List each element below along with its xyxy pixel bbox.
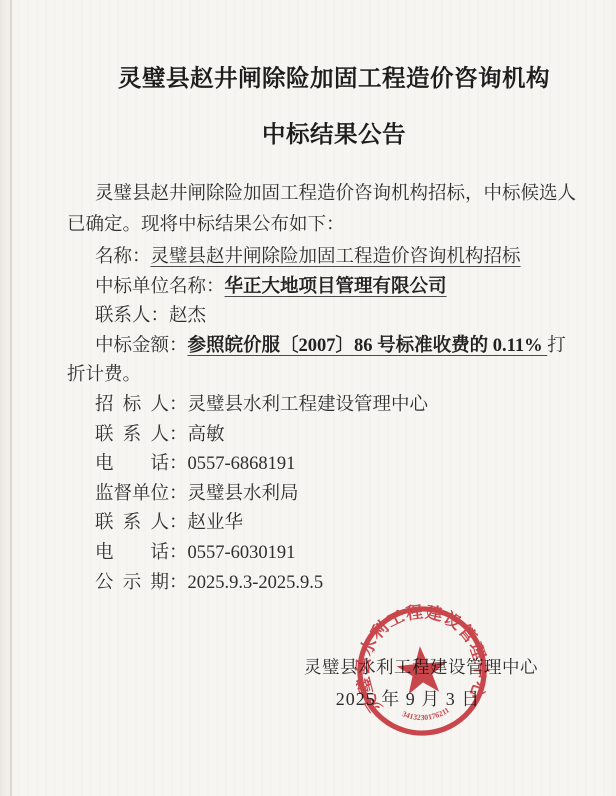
field-label: 监督单位：	[95, 484, 188, 504]
field-label: 电 话：	[95, 454, 188, 474]
intro-line-1: 灵璧县赵井闸除险加固工程造价咨询机构招标，中标候选人	[67, 179, 573, 210]
field-bid-amount-wrap: 折计费。	[67, 361, 573, 391]
field-winner: 中标单位名称：华正大地项目管理有限公司	[67, 273, 573, 303]
field-supervisor: 监督单位：灵璧县水利局	[67, 480, 573, 510]
official-seal-stamp: 灵璧县水利工程建设管理中心 3413230176211	[343, 592, 501, 750]
field-supervisor-contact: 联 系 人：赵业华	[67, 509, 573, 539]
field-label: 联系人：	[95, 306, 169, 326]
field-tenderer: 招 标 人：灵璧县水利工程建设管理中心	[67, 391, 573, 421]
page-title-line-1: 灵璧县赵井闸除险加固工程造价咨询机构	[81, 62, 587, 96]
field-label: 联 系 人：	[95, 513, 188, 533]
field-supervisor-phone: 电 话：0557-6030191	[67, 539, 573, 569]
seal-star-icon	[395, 644, 449, 695]
field-label: 电 话：	[95, 543, 188, 563]
page-title-line-2: 中标结果公告	[81, 118, 587, 152]
field-value: 华正大地项目管理有限公司	[225, 277, 447, 297]
field-project-name: 名称：灵璧县赵井闸除险加固工程造价咨询机构招标	[67, 243, 573, 273]
document-page: 灵璧县赵井闸除险加固工程造价咨询机构 中标结果公告 灵璧县赵井闸除险加固工程造价…	[0, 0, 616, 796]
field-label: 公 示 期：	[95, 573, 188, 593]
detail-fields: 名称：灵璧县赵井闸除险加固工程造价咨询机构招标 中标单位名称：华正大地项目管理有…	[67, 243, 573, 598]
field-label: 联 系 人：	[95, 425, 188, 445]
field-value: 折计费。	[67, 365, 141, 385]
field-tenderer-phone: 电 话：0557-6868191	[67, 450, 573, 480]
field-label: 中标金额：	[95, 336, 188, 356]
intro-line-2: 已确定。现将中标结果公布如下：	[67, 210, 573, 241]
field-label: 招 标 人：	[95, 395, 188, 415]
field-value: 参照皖价服〔2007〕86 号标准收费的 0.11%	[188, 336, 548, 356]
field-tenderer-contact: 联 系 人：高敏	[67, 421, 573, 451]
field-value: 赵杰	[169, 306, 206, 326]
field-winner-contact: 联系人：赵杰	[67, 302, 573, 332]
field-value: 灵璧县赵井闸除险加固工程造价咨询机构招标	[151, 247, 521, 267]
field-value: 灵璧县水利工程建设管理中心	[188, 395, 429, 415]
scan-edge-line	[10, 0, 12, 796]
field-publicity-period: 公 示 期：2025.9.3-2025.9.5	[67, 569, 573, 599]
seal-code-text: 3413230176211	[400, 705, 451, 724]
field-value: 2025.9.3-2025.9.5	[188, 573, 324, 593]
field-label: 名称：	[95, 247, 151, 267]
field-value: 0557-6030191	[188, 543, 296, 563]
document-content: 灵璧县赵井闸除险加固工程造价咨询机构 中标结果公告 灵璧县赵井闸除险加固工程造价…	[67, 0, 573, 598]
field-value-tail: 打	[547, 336, 566, 356]
field-label: 中标单位名称：	[95, 277, 225, 297]
field-value: 灵璧县水利局	[188, 484, 299, 504]
field-value: 0557-6868191	[188, 454, 296, 474]
field-bid-amount: 中标金额：参照皖价服〔2007〕86 号标准收费的 0.11% 打	[67, 332, 573, 362]
field-value: 高敏	[188, 425, 225, 445]
field-value: 赵业华	[188, 513, 244, 533]
intro-paragraph: 灵璧县赵井闸除险加固工程造价咨询机构招标，中标候选人 已确定。现将中标结果公布如…	[67, 179, 573, 241]
